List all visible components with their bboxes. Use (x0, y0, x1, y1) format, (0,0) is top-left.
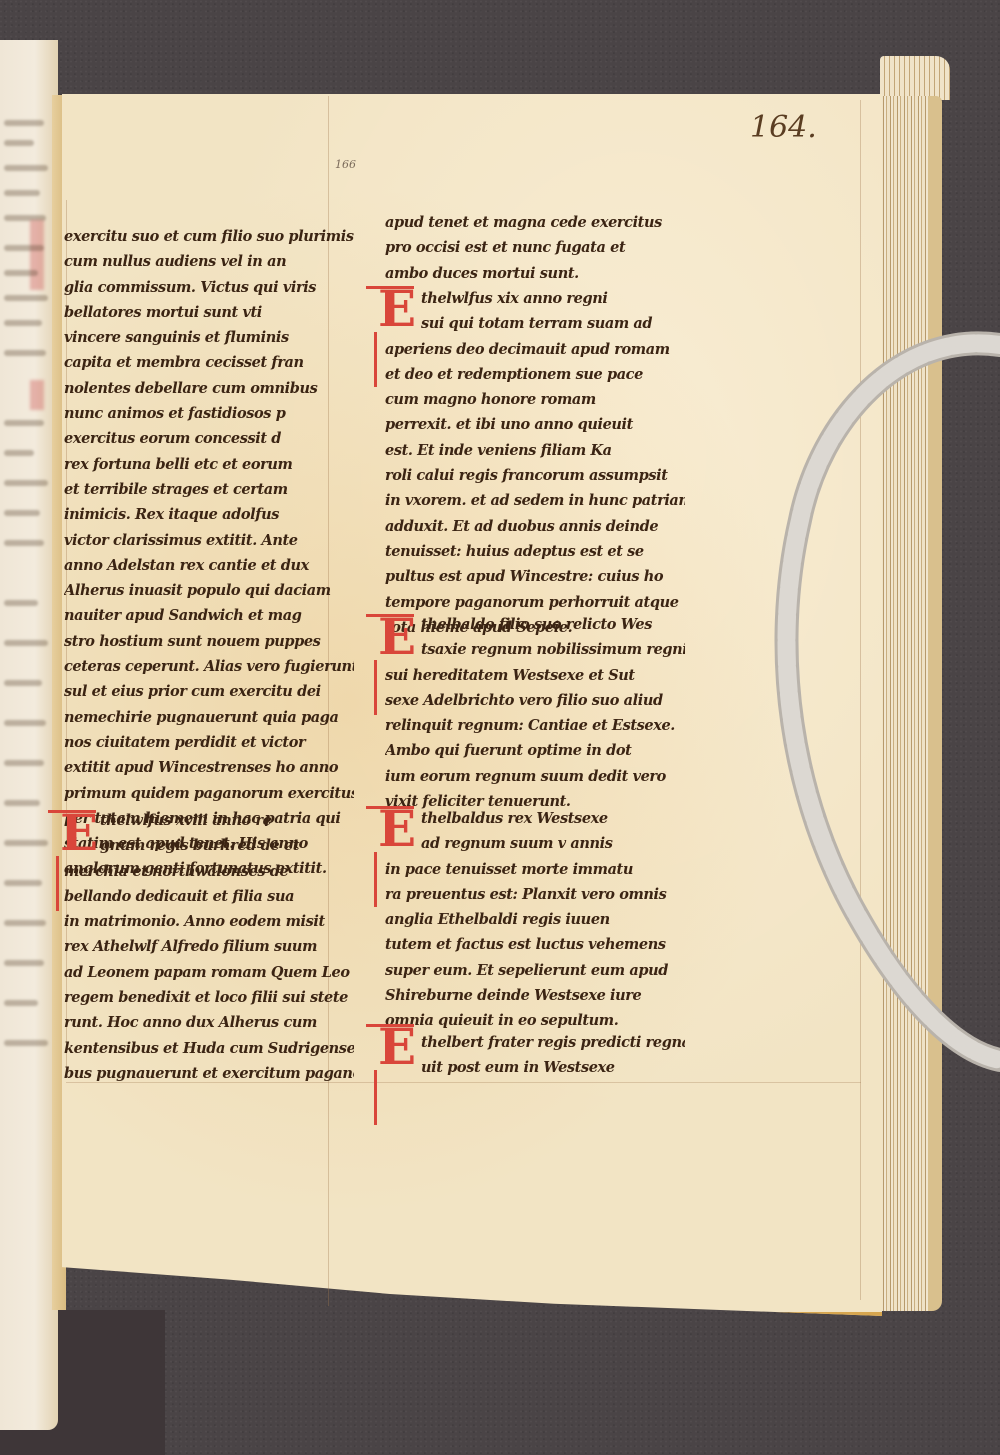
text-line: Alherus inuasit populo qui daciam (64, 578, 354, 603)
right-text-section-3: thelbaldus rex Westsexe ad regnum suum v… (385, 806, 685, 1034)
text-line: anno Adelstan rex cantie et dux (64, 553, 354, 578)
text-line: inimicis. Rex itaque adolfus (64, 502, 354, 527)
text-line: thelbaldus rex Westsexe (385, 806, 685, 831)
text-line: Shireburne deinde Westsexe iure (385, 983, 685, 1008)
text-line: tenuisset: huius adeptus est et se (385, 539, 685, 564)
ruling-line-vertical (860, 100, 861, 1300)
ghost-text-line (4, 480, 48, 486)
text-line: ra preuentus est: Planxit vero omnis (385, 882, 685, 907)
ghost-text-line (4, 450, 34, 456)
ghost-text-line (4, 640, 48, 646)
text-line: bus pugnauerunt et exercitum paganorum (64, 1061, 354, 1086)
previous-leaf-page (0, 40, 58, 1430)
text-line: tsaxie regnum nobilissimum regni (385, 637, 685, 662)
ghost-text-line (4, 920, 46, 926)
text-line: exercitu suo et cum filio suo plurimis (64, 224, 354, 249)
right-text-section-4: thelbert frater regis predicti regna uit… (385, 1030, 685, 1081)
ghost-text-line (4, 1000, 38, 1006)
text-line: in matrimonio. Anno eodem misit (64, 909, 354, 934)
text-line: ad regnum suum v annis (385, 831, 685, 856)
text-line: rex fortuna belli etc et eorum (64, 452, 354, 477)
text-line: ambo duces mortui sunt. (385, 261, 685, 286)
ghost-text-line (4, 760, 44, 766)
ghost-text-line (4, 600, 38, 606)
text-line: ium eorum regnum suum dedit vero (385, 764, 685, 789)
text-line: in vxorem. et ad sedem in hunc patriam (385, 488, 685, 513)
ghost-text-line (4, 295, 48, 301)
old-foliation: 166 (335, 158, 356, 171)
ghost-rubric (30, 380, 44, 410)
ghost-text-line (4, 190, 40, 196)
text-line: ad Leonem papam romam Quem Leo in (64, 960, 354, 985)
ghost-text-line (4, 680, 42, 686)
text-line: runt. Hoc anno dux Alherus cum (64, 1010, 354, 1035)
text-line: capita et membra cecisset fran (64, 350, 354, 375)
text-line: sui hereditatem Westsexe et Sut (385, 663, 685, 688)
ghost-text-line (4, 510, 40, 516)
text-line: thelbert frater regis predicti regna (385, 1030, 685, 1055)
ghost-text-line (4, 140, 34, 146)
text-line: relinquit regnum: Cantiae et Estsexe. (385, 713, 685, 738)
text-line: uit post eum in Westsexe (385, 1055, 685, 1080)
text-line: Ambo qui fuerunt optime in dot (385, 738, 685, 763)
text-line: gnum regis burhred de et (64, 833, 354, 858)
folio-number: 164. (750, 110, 817, 145)
text-line: super eum. Et sepelierunt eum apud (385, 958, 685, 983)
text-line: regem benedixit et loco filii sui stete (64, 985, 354, 1010)
text-line: merchia et northwalonses de (64, 859, 354, 884)
ghost-text-line (4, 1040, 48, 1046)
ghost-text-line (4, 880, 42, 886)
text-line: stro hostium sunt nouem puppes (64, 629, 354, 654)
text-line: et deo et redemptionem sue pace (385, 362, 685, 387)
text-line: nunc animos et fastidiosos p (64, 401, 354, 426)
text-line: nemechirie pugnauerunt quia paga (64, 705, 354, 730)
ghost-text-line (4, 720, 46, 726)
text-line: adduxit. Et ad duobus annis deinde (385, 514, 685, 539)
text-line: ceteras ceperunt. Alias vero fugierunt. … (64, 654, 354, 679)
text-line: in pace tenuisset morte immatu (385, 857, 685, 882)
text-line: victor clarissimus extitit. Ante (64, 528, 354, 553)
ghost-text-line (4, 420, 44, 426)
ghost-text-line (4, 165, 48, 171)
text-line: anglia Ethelbaldi regis iuuen (385, 907, 685, 932)
text-line: primum quidem paganorum exercitus (64, 781, 354, 806)
ghost-text-line (4, 840, 48, 846)
text-block-top-edge (880, 56, 950, 100)
right-text-section-1: thelwlfus xix anno regni sui qui totam t… (385, 286, 685, 640)
text-line: aperiens deo decimauit apud romam (385, 337, 685, 362)
text-line: sui qui totam terram suam ad (385, 311, 685, 336)
ghost-text-line (4, 320, 42, 326)
ghost-rubric (30, 220, 44, 290)
text-line: thelwlfus xix anno regni (385, 286, 685, 311)
text-line: extitit apud Wincestrenses ho anno (64, 755, 354, 780)
ghost-text-line (4, 540, 44, 546)
text-line: kentensibus et Huda cum Sudrigenses (64, 1036, 354, 1061)
text-line: perrexit. et ibi uno anno quieuit (385, 412, 685, 437)
text-line: est. Et inde veniens filiam Ka (385, 438, 685, 463)
text-line: rex Athelwlf Alfredo filium suum (64, 934, 354, 959)
fore-edge-leaves (880, 96, 942, 1311)
text-line: nauiter apud Sandwich et mag (64, 603, 354, 628)
ghost-text-line (4, 350, 46, 356)
text-line: et terribile strages et certam (64, 477, 354, 502)
text-line: pultus est apud Wincestre: cuius ho (385, 564, 685, 589)
text-line: sul et eius prior cum exercitu dei (64, 679, 354, 704)
text-line: nolentes debellare cum omnibus (64, 376, 354, 401)
text-line: thelwlfus xviii anno re (64, 808, 354, 833)
text-line: thelbaldo filio suo relicto Wes (385, 612, 685, 637)
text-line: glia commissum. Victus qui viris (64, 275, 354, 300)
ghost-text-line (4, 270, 38, 276)
text-line: tutem et factus est luctus vehemens (385, 932, 685, 957)
text-line: bellando dedicauit et filia sua (64, 884, 354, 909)
right-text-section-2: thelbaldo filio suo relicto Wes tsaxie r… (385, 612, 685, 814)
text-line: nos ciuitatem perdidit et victor (64, 730, 354, 755)
text-line: pro occisi est et nunc fugata et (385, 235, 685, 260)
text-line: sexe Adelbrichto vero filio suo aliud (385, 688, 685, 713)
right-text-column: apud tenet et magna cede exercitus pro o… (385, 210, 685, 286)
text-line: cum nullus audiens vel in an (64, 249, 354, 274)
left-text-column: exercitu suo et cum filio suo plurimis c… (64, 224, 354, 882)
ghost-text-line (4, 245, 44, 251)
ghost-text-line (4, 120, 44, 126)
ghost-text-line (4, 800, 40, 806)
text-line: vincere sanguinis et fluminis (64, 325, 354, 350)
text-line: cum magno honore romam (385, 387, 685, 412)
text-line: roli calui regis francorum assumpsit (385, 463, 685, 488)
text-line: bellatores mortui sunt vti (64, 300, 354, 325)
text-line: apud tenet et magna cede exercitus (385, 210, 685, 235)
ghost-text-line (4, 960, 44, 966)
text-line: exercitus eorum concessit d (64, 426, 354, 451)
left-text-column-section: thelwlfus xviii anno re gnum regis burhr… (64, 808, 354, 1086)
